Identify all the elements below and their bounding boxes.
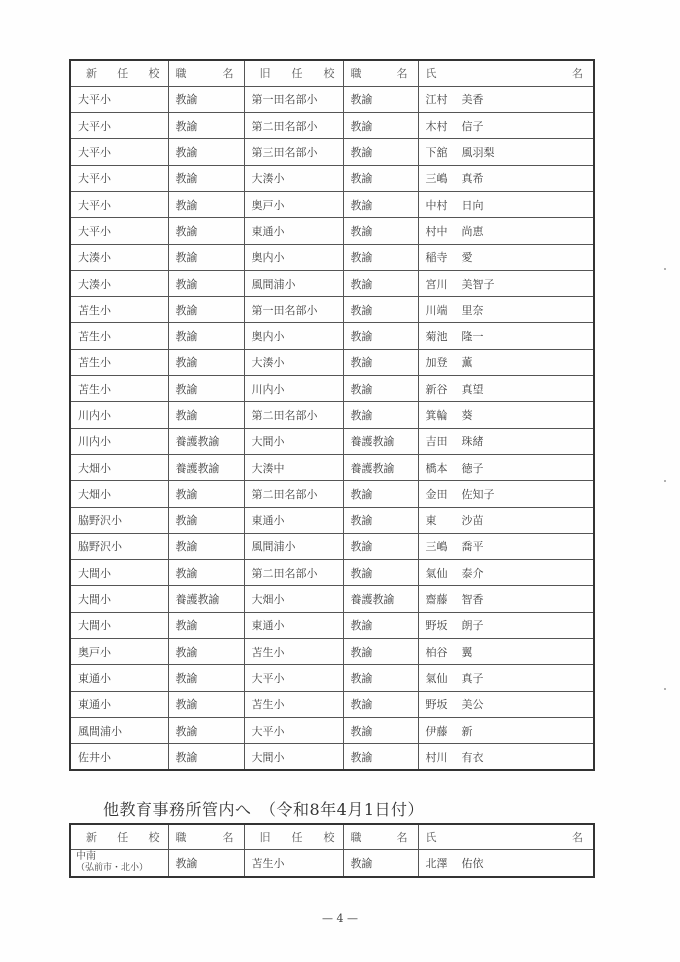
- cell-position: 教諭: [168, 507, 244, 533]
- cell-position: 養護教諭: [168, 428, 244, 454]
- cell-old-school: 川内小: [244, 376, 343, 402]
- cell-old-position: 教諭: [343, 349, 418, 375]
- cell-new-school: 中南 （弘前市・北小）: [70, 849, 168, 877]
- family-name: 野坂: [426, 617, 456, 633]
- cell-old-school: 第二田名部小: [244, 113, 343, 139]
- cell-new-school: 苫生小: [70, 376, 168, 402]
- cell-name: 伊藤新: [418, 717, 594, 743]
- cell-name: 三嶋真希: [418, 165, 594, 191]
- given-name: 朗子: [462, 619, 484, 632]
- cell-name: 中村日向: [418, 191, 594, 217]
- given-name: 沙苗: [462, 514, 484, 527]
- page-number: — 4 —: [0, 912, 680, 925]
- family-name: 氣仙: [426, 670, 456, 686]
- cell-old-position: 教諭: [343, 113, 418, 139]
- cell-position: 教諭: [168, 113, 244, 139]
- cell-position: 教諭: [168, 533, 244, 559]
- given-name: 真子: [462, 672, 484, 685]
- cell-old-school: 大平小: [244, 665, 343, 691]
- cell-old-school: 第二田名部小: [244, 560, 343, 586]
- family-name: 橋本: [426, 460, 456, 476]
- cell-position: 教諭: [168, 218, 244, 244]
- family-name: 新谷: [426, 381, 456, 397]
- cell-name: 北澤佑依: [418, 849, 594, 877]
- transfer-table: 新任校 職名 旧任校 職名 氏名 大平小教諭第一田名部小教諭江村美香大平小教諭第…: [69, 59, 595, 771]
- cell-new-school: 大湊小: [70, 270, 168, 296]
- cell-name: 橋本徳子: [418, 454, 594, 480]
- cell-new-school: 苫生小: [70, 323, 168, 349]
- family-name: 氣仙: [426, 565, 456, 581]
- header-name: 氏名: [418, 824, 594, 849]
- cell-name: 三嶋喬平: [418, 533, 594, 559]
- cell-name: 氣仙泰介: [418, 560, 594, 586]
- table-row: 川内小教諭第二田名部小教諭箕輪葵: [70, 402, 594, 428]
- cell-old-school: 東通小: [244, 507, 343, 533]
- cell-old-position: 教諭: [343, 717, 418, 743]
- cell-new-school: 大畑小: [70, 454, 168, 480]
- cell-position: 教諭: [168, 402, 244, 428]
- cell-new-school: 大平小: [70, 165, 168, 191]
- given-name: 美智子: [462, 278, 495, 291]
- table-header-row: 新任校 職名 旧任校 職名 氏名: [70, 60, 594, 86]
- family-name: 下舘: [426, 144, 456, 160]
- cell-position: 教諭: [168, 849, 244, 877]
- given-name: 美香: [462, 93, 484, 106]
- cell-new-school: 脇野沢小: [70, 507, 168, 533]
- header-new-school: 新任校: [70, 824, 168, 849]
- cell-new-school: 大間小: [70, 612, 168, 638]
- table-row: 苫生小教諭第一田名部小教諭川端里奈: [70, 297, 594, 323]
- cell-old-position: 教諭: [343, 639, 418, 665]
- cell-position: 教諭: [168, 86, 244, 112]
- family-name: 伊藤: [426, 723, 456, 739]
- family-name: 三嶋: [426, 170, 456, 186]
- cell-name: 菊池隆一: [418, 323, 594, 349]
- cell-old-school: 大湊小: [244, 165, 343, 191]
- table-row: 苫生小教諭川内小教諭新谷真望: [70, 376, 594, 402]
- cell-new-school: 脇野沢小: [70, 533, 168, 559]
- cell-new-school: 大平小: [70, 86, 168, 112]
- table-row: 脇野沢小教諭東通小教諭東沙苗: [70, 507, 594, 533]
- cell-new-school: 東通小: [70, 665, 168, 691]
- table-row: 大平小教諭東通小教諭村中尚恵: [70, 218, 594, 244]
- given-name: 美公: [462, 698, 484, 711]
- given-name: 珠緒: [462, 435, 484, 448]
- cell-old-school: 大間小: [244, 428, 343, 454]
- cell-name: 齋藤智香: [418, 586, 594, 612]
- cell-position: 教諭: [168, 165, 244, 191]
- cell-name: 宮川美智子: [418, 270, 594, 296]
- cell-old-school: 大畑小: [244, 586, 343, 612]
- cell-position: 教諭: [168, 139, 244, 165]
- given-name: 真望: [462, 383, 484, 396]
- cell-new-school: 大平小: [70, 218, 168, 244]
- cell-old-position: 教諭: [343, 533, 418, 559]
- cell-position: 教諭: [168, 717, 244, 743]
- table-row: 奥戸小教諭苫生小教諭柏谷翼: [70, 639, 594, 665]
- scan-speck: [664, 480, 666, 482]
- header-old-position: 職名: [343, 60, 418, 86]
- cell-old-position: 教諭: [343, 218, 418, 244]
- cell-name: 野坂美公: [418, 691, 594, 717]
- scan-speck: [664, 268, 666, 270]
- section-title-other-office: 他教育事務所管内へ （令和8年4月1日付）: [103, 797, 424, 820]
- family-name: 箕輪: [426, 407, 456, 423]
- given-name: 隆一: [462, 330, 484, 343]
- family-name: 齋藤: [426, 591, 456, 607]
- cell-position: 教諭: [168, 270, 244, 296]
- cell-old-position: 教諭: [343, 165, 418, 191]
- cell-name: 村中尚恵: [418, 218, 594, 244]
- cell-old-school: 苫生小: [244, 691, 343, 717]
- given-name: 喬平: [462, 540, 484, 553]
- cell-old-school: 奥内小: [244, 244, 343, 270]
- cell-name: 箕輪葵: [418, 402, 594, 428]
- family-name: 柏谷: [426, 644, 456, 660]
- given-name: 泰介: [462, 567, 484, 580]
- family-name: 野坂: [426, 696, 456, 712]
- cell-position: 教諭: [168, 665, 244, 691]
- cell-name: 柏谷翼: [418, 639, 594, 665]
- cell-name: 野坂朗子: [418, 612, 594, 638]
- table-row: 大間小養護教諭大畑小養護教諭齋藤智香: [70, 586, 594, 612]
- header-position: 職名: [168, 824, 244, 849]
- cell-old-school: 大平小: [244, 717, 343, 743]
- given-name: 里奈: [462, 304, 484, 317]
- given-name: 薫: [462, 356, 473, 369]
- family-name: 川端: [426, 302, 456, 318]
- cell-old-position: 教諭: [343, 86, 418, 112]
- cell-old-position: 教諭: [343, 612, 418, 638]
- family-name: 吉田: [426, 433, 456, 449]
- table-row: 大平小教諭第一田名部小教諭江村美香: [70, 86, 594, 112]
- cell-old-school: 第二田名部小: [244, 402, 343, 428]
- table-row: 大畑小教諭第二田名部小教諭金田佐知子: [70, 481, 594, 507]
- family-name: 菊池: [426, 328, 456, 344]
- cell-old-position: 教諭: [343, 297, 418, 323]
- cell-old-position: 教諭: [343, 191, 418, 217]
- cell-position: 養護教諭: [168, 586, 244, 612]
- given-name: 尚恵: [462, 225, 484, 238]
- table-row: 苫生小教諭大湊小教諭加登薫: [70, 349, 594, 375]
- cell-name: 村川有衣: [418, 744, 594, 770]
- cell-old-position: 教諭: [343, 244, 418, 270]
- cell-old-school: 大間小: [244, 744, 343, 770]
- cell-old-position: 教諭: [343, 665, 418, 691]
- family-name: 木村: [426, 118, 456, 134]
- header-new-school: 新任校: [70, 60, 168, 86]
- cell-name: 加登薫: [418, 349, 594, 375]
- cell-new-school: 川内小: [70, 402, 168, 428]
- cell-position: 教諭: [168, 297, 244, 323]
- cell-old-school: 苫生小: [244, 639, 343, 665]
- cell-new-school: 大平小: [70, 113, 168, 139]
- table-row: 大平小教諭奥戸小教諭中村日向: [70, 191, 594, 217]
- family-name: 加登: [426, 354, 456, 370]
- cell-new-school: 奥戸小: [70, 639, 168, 665]
- cell-position: 教諭: [168, 376, 244, 402]
- cell-new-school: 大間小: [70, 560, 168, 586]
- given-name: 佐知子: [462, 488, 495, 501]
- table-row: 大平小教諭第三田名部小教諭下舘風羽梨: [70, 139, 594, 165]
- family-name: 村中: [426, 223, 456, 239]
- cell-name: 下舘風羽梨: [418, 139, 594, 165]
- cell-old-school: 大湊小: [244, 349, 343, 375]
- cell-old-school: 第二田名部小: [244, 481, 343, 507]
- family-name: 江村: [426, 91, 456, 107]
- cell-position: 教諭: [168, 639, 244, 665]
- table-row: 大平小教諭大湊小教諭三嶋真希: [70, 165, 594, 191]
- cell-name: 川端里奈: [418, 297, 594, 323]
- cell-old-position: 教諭: [343, 323, 418, 349]
- table-body: 大平小教諭第一田名部小教諭江村美香大平小教諭第二田名部小教諭木村信子大平小教諭第…: [70, 86, 594, 770]
- cell-old-school: 奥戸小: [244, 191, 343, 217]
- cell-new-school: 風間浦小: [70, 717, 168, 743]
- cell-old-position: 養護教諭: [343, 454, 418, 480]
- cell-new-school: 東通小: [70, 691, 168, 717]
- header-old-school: 旧任校: [244, 60, 343, 86]
- cell-old-school: 第一田名部小: [244, 86, 343, 112]
- given-name: 風羽梨: [462, 146, 495, 159]
- cell-new-school: 大平小: [70, 139, 168, 165]
- cell-position: 教諭: [168, 191, 244, 217]
- header-old-position: 職名: [343, 824, 418, 849]
- cell-old-position: 養護教諭: [343, 428, 418, 454]
- table-row: 東通小教諭苫生小教諭野坂美公: [70, 691, 594, 717]
- cell-old-school: 風間浦小: [244, 270, 343, 296]
- given-name: 葵: [462, 409, 473, 422]
- cell-old-position: 養護教諭: [343, 586, 418, 612]
- cell-new-school: 苫生小: [70, 349, 168, 375]
- family-name: 金田: [426, 486, 456, 502]
- cell-new-school: 大平小: [70, 191, 168, 217]
- table-row: 大間小教諭第二田名部小教諭氣仙泰介: [70, 560, 594, 586]
- header-old-school: 旧任校: [244, 824, 343, 849]
- family-name: 稲寺: [426, 249, 456, 265]
- cell-name: 東沙苗: [418, 507, 594, 533]
- given-name: 新: [462, 725, 473, 738]
- cell-old-school: 東通小: [244, 612, 343, 638]
- table-row: 大畑小養護教諭大湊中養護教諭橋本徳子: [70, 454, 594, 480]
- cell-old-position: 教諭: [343, 744, 418, 770]
- given-name: 有衣: [462, 751, 484, 764]
- cell-old-school: 第三田名部小: [244, 139, 343, 165]
- cell-old-position: 教諭: [343, 270, 418, 296]
- cell-position: 教諭: [168, 481, 244, 507]
- cell-old-position: 教諭: [343, 481, 418, 507]
- table-header-row: 新任校 職名 旧任校 職名 氏名: [70, 824, 594, 849]
- given-name: 智香: [462, 593, 484, 606]
- cell-old-school: 奥内小: [244, 323, 343, 349]
- header-name: 氏名: [418, 60, 594, 86]
- cell-old-position: 教諭: [343, 691, 418, 717]
- cell-name: 氣仙真子: [418, 665, 594, 691]
- cell-old-position: 教諭: [343, 849, 418, 877]
- cell-old-school: 東通小: [244, 218, 343, 244]
- other-office-table: 新任校 職名 旧任校 職名 氏名 中南 （弘前市・北小） 教諭 苫生小 教諭 北…: [69, 823, 595, 878]
- given-name: 徳子: [462, 462, 484, 475]
- cell-old-position: 教諭: [343, 402, 418, 428]
- table-row: 脇野沢小教諭風間浦小教諭三嶋喬平: [70, 533, 594, 559]
- table-row: 東通小教諭大平小教諭氣仙真子: [70, 665, 594, 691]
- cell-old-school: 苫生小: [244, 849, 343, 877]
- cell-position: 教諭: [168, 612, 244, 638]
- table-row: 大湊小教諭風間浦小教諭宮川美智子: [70, 270, 594, 296]
- cell-position: 教諭: [168, 349, 244, 375]
- cell-position: 教諭: [168, 244, 244, 270]
- table-row: 大湊小教諭奥内小教諭稲寺愛: [70, 244, 594, 270]
- family-name: 宮川: [426, 276, 456, 292]
- table-row: 中南 （弘前市・北小） 教諭 苫生小 教諭 北澤佑依: [70, 849, 594, 877]
- cell-old-school: 風間浦小: [244, 533, 343, 559]
- cell-old-school: 大湊中: [244, 454, 343, 480]
- cell-new-school: 苫生小: [70, 297, 168, 323]
- cell-old-school: 第一田名部小: [244, 297, 343, 323]
- cell-name: 木村信子: [418, 113, 594, 139]
- header-position: 職名: [168, 60, 244, 86]
- cell-old-position: 教諭: [343, 376, 418, 402]
- cell-new-school: 大間小: [70, 586, 168, 612]
- cell-name: 江村美香: [418, 86, 594, 112]
- given-name: 愛: [462, 251, 473, 264]
- cell-old-position: 教諭: [343, 560, 418, 586]
- table-row: 苫生小教諭奥内小教諭菊池隆一: [70, 323, 594, 349]
- family-name: 東: [426, 512, 456, 528]
- cell-position: 教諭: [168, 560, 244, 586]
- given-name: 翼: [462, 646, 473, 659]
- table-row: 大間小教諭東通小教諭野坂朗子: [70, 612, 594, 638]
- cell-position: 教諭: [168, 323, 244, 349]
- cell-new-school: 川内小: [70, 428, 168, 454]
- cell-name: 新谷真望: [418, 376, 594, 402]
- given-name: 真希: [462, 172, 484, 185]
- family-name: 中村: [426, 197, 456, 213]
- table-row: 佐井小教諭大間小教諭村川有衣: [70, 744, 594, 770]
- cell-position: 教諭: [168, 744, 244, 770]
- family-name: 村川: [426, 749, 456, 765]
- cell-name: 金田佐知子: [418, 481, 594, 507]
- cell-new-school: 佐井小: [70, 744, 168, 770]
- given-name: 日向: [462, 199, 484, 212]
- cell-name: 吉田珠緒: [418, 428, 594, 454]
- table-row: 風間浦小教諭大平小教諭伊藤新: [70, 717, 594, 743]
- given-name: 信子: [462, 120, 484, 133]
- table-row: 大平小教諭第二田名部小教諭木村信子: [70, 113, 594, 139]
- table-row: 川内小養護教諭大間小養護教諭吉田珠緒: [70, 428, 594, 454]
- cell-position: 教諭: [168, 691, 244, 717]
- cell-new-school: 大畑小: [70, 481, 168, 507]
- scan-speck: [664, 688, 666, 690]
- cell-position: 養護教諭: [168, 454, 244, 480]
- cell-old-position: 教諭: [343, 139, 418, 165]
- cell-old-position: 教諭: [343, 507, 418, 533]
- cell-new-school: 大湊小: [70, 244, 168, 270]
- cell-name: 稲寺愛: [418, 244, 594, 270]
- family-name: 三嶋: [426, 538, 456, 554]
